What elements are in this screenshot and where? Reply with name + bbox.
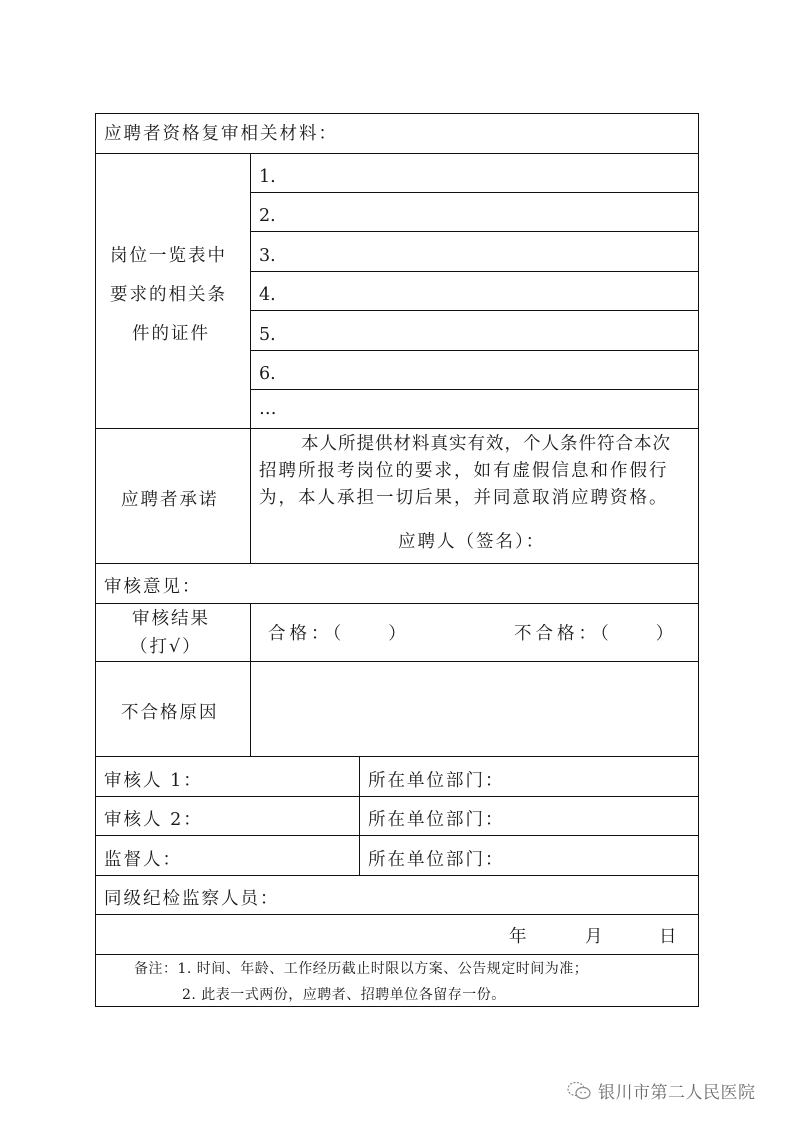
row-divider bbox=[251, 271, 698, 272]
row-divider bbox=[96, 954, 698, 955]
item-row-2[interactable]: 2. bbox=[259, 208, 276, 226]
fail-reason-label: 不合格原因 bbox=[121, 705, 219, 723]
row-divider bbox=[96, 756, 698, 757]
date-year[interactable]: 年 bbox=[509, 929, 529, 947]
commitment-text-line-1: 本人所提供材料真实有效，个人条件符合本次 bbox=[301, 436, 671, 454]
item-row-1[interactable]: 1. bbox=[259, 169, 276, 187]
item-row-5[interactable]: 5. bbox=[259, 327, 276, 345]
date-month[interactable]: 月 bbox=[585, 929, 605, 947]
row-divider bbox=[251, 389, 698, 390]
discipline-staff-field[interactable]: 同级纪检监察人员： bbox=[104, 891, 280, 909]
col-divider bbox=[250, 603, 251, 756]
commitment-text-line-2: 招聘所报考岗位的要求，如有虚假信息和作假行 bbox=[259, 463, 669, 481]
qualification-review-form: 应聘者资格复审相关材料： 岗位一览表中 要求的相关条 件的证件 1. 2. 3.… bbox=[95, 113, 699, 1007]
certificates-label-line-2: 要求的相关条 bbox=[110, 287, 227, 305]
row-divider bbox=[96, 603, 698, 604]
certificates-label-line-1: 岗位一览表中 bbox=[110, 248, 227, 266]
watermark: 银川市第二人民医院 bbox=[566, 1078, 756, 1103]
review-opinion-label: 审核意见： bbox=[104, 579, 202, 597]
pass-checkbox[interactable]: 合格：（ ） bbox=[268, 626, 410, 644]
note-line-1: 备注：1. 时间、年龄、工作经历截止时限以方案、公告规定时间为准； bbox=[134, 962, 588, 976]
certificates-label-line-3: 件的证件 bbox=[132, 326, 210, 344]
supervisor-field[interactable]: 监督人： bbox=[104, 852, 182, 870]
row-divider bbox=[251, 231, 698, 232]
col-divider bbox=[250, 153, 251, 428]
applicant-signature[interactable]: 应聘人（签名）： bbox=[398, 534, 545, 552]
row-divider bbox=[96, 428, 698, 429]
commitment-text-line-3: 为，本人承担一切后果，并同意取消应聘资格。 bbox=[259, 490, 669, 508]
row-divider bbox=[251, 192, 698, 193]
review-result-label-line-2: （打√） bbox=[130, 639, 202, 657]
wechat-icon bbox=[566, 1081, 592, 1101]
item-row-4[interactable]: 4. bbox=[259, 287, 276, 305]
row-divider bbox=[251, 310, 698, 311]
row-divider bbox=[96, 914, 698, 915]
note-line-2: 2. 此表一式两份，应聘者、招聘单位各留存一份。 bbox=[182, 988, 506, 1002]
col-divider bbox=[250, 428, 251, 563]
row-divider bbox=[96, 835, 698, 836]
review-result-label-line-1: 审核结果 bbox=[132, 611, 210, 629]
row-divider bbox=[96, 153, 698, 154]
col-divider bbox=[359, 756, 360, 875]
row-divider bbox=[251, 350, 698, 351]
supervisor-department[interactable]: 所在单位部门： bbox=[368, 852, 505, 870]
commitment-label: 应聘者承诺 bbox=[121, 492, 219, 510]
fail-checkbox[interactable]: 不合格：（ ） bbox=[514, 626, 677, 644]
reviewer-1-field[interactable]: 审核人 1： bbox=[104, 773, 203, 791]
row-divider bbox=[96, 875, 698, 876]
item-row-3[interactable]: 3. bbox=[259, 248, 276, 266]
date-day[interactable]: 日 bbox=[659, 929, 679, 947]
reviewer-2-field[interactable]: 审核人 2： bbox=[104, 812, 203, 830]
reviewer-2-department[interactable]: 所在单位部门： bbox=[368, 812, 505, 830]
row-divider bbox=[96, 796, 698, 797]
item-row-more[interactable]: … bbox=[259, 401, 277, 419]
row-divider bbox=[96, 661, 698, 662]
row-divider bbox=[96, 563, 698, 564]
watermark-text: 银川市第二人民医院 bbox=[598, 1078, 756, 1103]
reviewer-1-department[interactable]: 所在单位部门： bbox=[368, 773, 505, 791]
item-row-6[interactable]: 6. bbox=[259, 366, 276, 384]
materials-header: 应聘者资格复审相关材料： bbox=[104, 126, 338, 144]
